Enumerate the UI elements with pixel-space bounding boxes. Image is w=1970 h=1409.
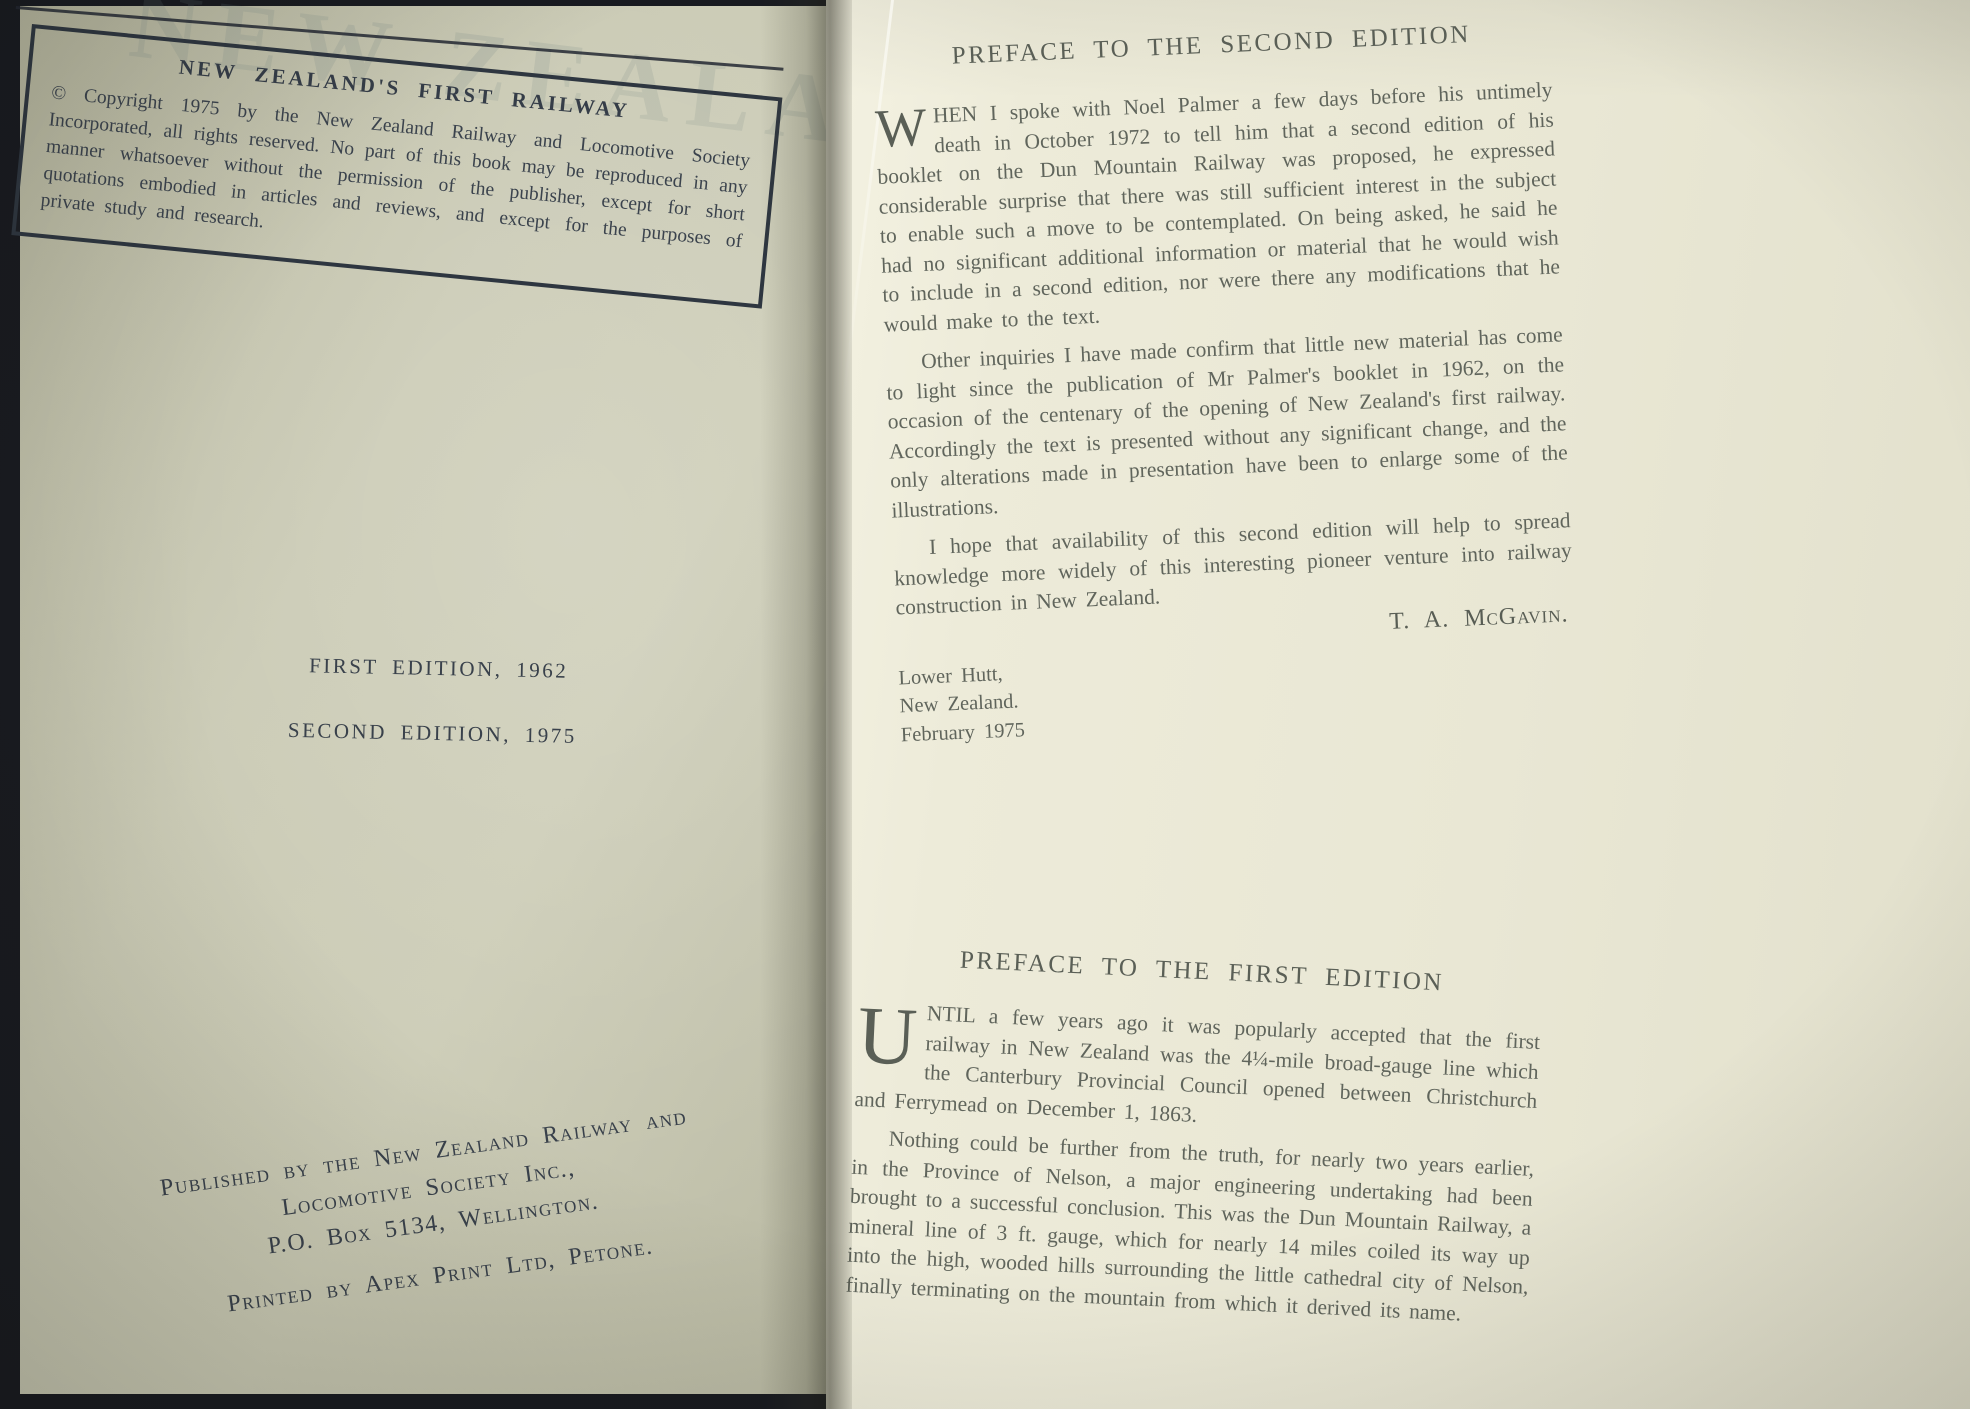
publisher-block: Published by the New Zealand Railway and…	[100, 1091, 764, 1337]
drop-cap-u: U	[856, 996, 928, 1073]
preface-second-para-1: WHEN I spoke with Noel Palmer a few days…	[874, 76, 1561, 340]
right-page: PREFACE TO THE SECOND EDITION WHEN I spo…	[826, 0, 1970, 1409]
preface-first-para-1: UNTIL a few years ago it was popularly a…	[854, 996, 1541, 1146]
preface-first-edition-section: PREFACE TO THE FIRST EDITION UNTIL a few…	[845, 942, 1543, 1332]
edition-second: SECOND EDITION, 1975	[287, 718, 577, 749]
edition-block: FIRST EDITION, 1962 SECOND EDITION, 1975	[297, 653, 579, 749]
preface-second-heading: PREFACE TO THE SECOND EDITION	[872, 18, 1551, 74]
preface-second-para-2: Other inquiries I have made confirm that…	[885, 320, 1570, 525]
preface-second-para-1-text: HEN I spoke with Noel Palmer a few days …	[877, 78, 1560, 337]
edition-first: FIRST EDITION, 1962	[298, 653, 578, 684]
preface-first-heading: PREFACE TO THE FIRST EDITION	[861, 942, 1544, 1002]
copyright-box: NEW ZEALAND'S FIRST RAILWAY © Copyright …	[11, 24, 782, 309]
preface-second-edition-section: PREFACE TO THE SECOND EDITION WHEN I spo…	[872, 18, 1579, 750]
preface-first-para-1-text: NTIL a few years ago it was popularly ac…	[854, 1001, 1541, 1126]
drop-cap-w: W	[874, 102, 934, 152]
place-date-block: Lower Hutt, New Zealand. February 1975	[898, 636, 1579, 750]
preface-first-para-2: Nothing could be further from the truth,…	[845, 1123, 1535, 1332]
left-page: NEW ZEALAND'S NEW ZEALAND'S FIRST RAILWA…	[20, 6, 826, 1394]
